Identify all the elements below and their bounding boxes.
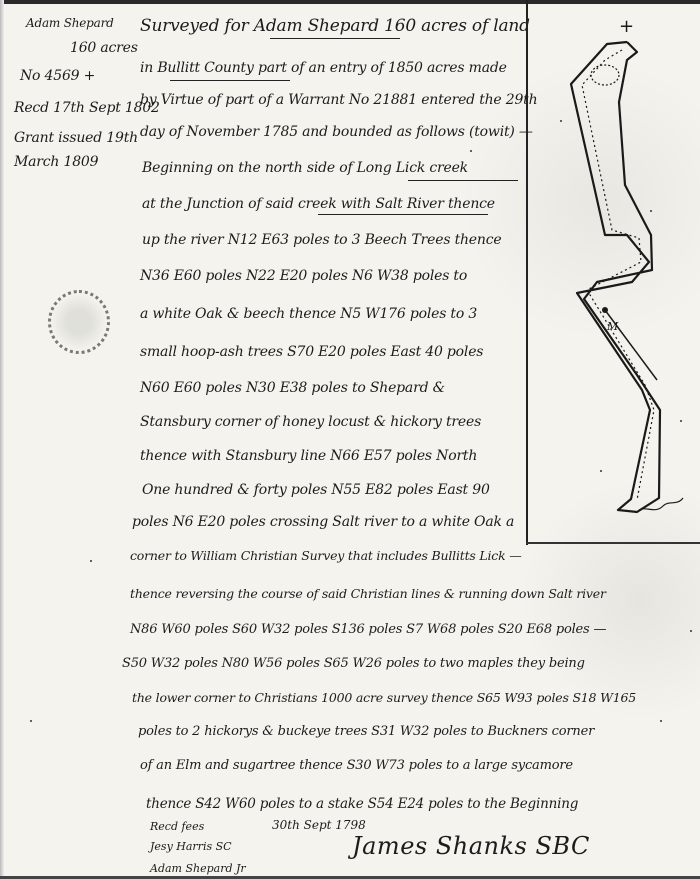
body-line-19: S50 W32 poles N80 W56 poles S65 W26 pole… <box>122 656 585 671</box>
margin-note-acres: 160 acres <box>70 40 138 56</box>
survey-plat-drawing: + M <box>527 0 700 545</box>
underline-salt-river <box>318 214 488 215</box>
body-line-8: N36 E60 poles N22 E20 poles N6 W38 poles… <box>140 268 467 284</box>
underline-bullitt-county <box>170 80 290 81</box>
body-line-14: One hundred & forty poles N55 E82 poles … <box>142 482 490 498</box>
survey-date: 30th Sept 1798 <box>272 818 366 832</box>
body-line-20: the lower corner to Christians 1000 acre… <box>132 690 636 705</box>
body-line-3: by Virtue of part of a Warrant No 21881 … <box>140 92 537 108</box>
body-line-2: in Bullitt County part of an entry of 18… <box>140 60 507 76</box>
footer-note-clerk: Jesy Harris SC <box>150 840 232 853</box>
margin-note-grant-date: March 1809 <box>14 154 98 170</box>
body-line-1: Surveyed for Adam Shepard 160 acres of l… <box>140 16 530 36</box>
plat-river-label: M <box>606 320 619 333</box>
footer-note-owner: Adam Shepard Jr <box>150 862 246 875</box>
margin-note-name: Adam Shepard <box>26 16 114 30</box>
body-line-15: poles N6 E20 poles crossing Salt river t… <box>132 514 514 530</box>
body-line-11: N60 E60 poles N30 E38 poles to Shepard & <box>140 380 445 396</box>
body-line-23: thence S42 W60 poles to a stake S54 E24 … <box>146 796 578 812</box>
margin-note-received: Recd 17th Sept 1802 <box>14 100 160 116</box>
margin-note-grant: Grant issued 19th <box>14 130 138 146</box>
ink-smudge-seal <box>48 290 110 354</box>
body-line-17: thence reversing the course of said Chri… <box>130 586 606 601</box>
underline-adam-shepard <box>270 38 400 39</box>
north-marker-icon: + <box>619 16 634 37</box>
body-line-7: up the river N12 E63 poles to 3 Beech Tr… <box>142 232 501 248</box>
body-line-16: corner to William Christian Survey that … <box>130 548 522 563</box>
footer-note-fees: Recd fees <box>150 820 204 833</box>
body-line-9: a white Oak & beech thence N5 W176 poles… <box>140 306 477 322</box>
body-line-13: thence with Stansbury line N66 E57 poles… <box>140 448 477 464</box>
underline-long-lick-creek <box>408 180 518 181</box>
body-line-12: Stansbury corner of honey locust & hicko… <box>140 414 481 430</box>
pond-oval <box>591 65 619 85</box>
body-line-22: of an Elm and sugartree thence S30 W73 p… <box>140 758 573 773</box>
body-line-4: day of November 1785 and bounded as foll… <box>140 124 533 140</box>
body-line-5: Beginning on the north side of Long Lick… <box>142 160 468 176</box>
left-edge <box>0 0 4 879</box>
body-line-18: N86 W60 poles S60 W32 poles S136 poles S… <box>130 622 606 637</box>
body-line-21: poles to 2 hickorys & buckeye trees S31 … <box>138 724 594 739</box>
body-line-6: at the Junction of said creek with Salt … <box>142 196 495 212</box>
body-line-10: small hoop-ash trees S70 E20 poles East … <box>140 344 483 360</box>
margin-note-number: No 4569 + <box>20 68 95 84</box>
scanned-document-page: Adam Shepard 160 acres No 4569 + Recd 17… <box>0 0 700 879</box>
surveyor-signature: James Shanks SBC <box>352 832 590 860</box>
